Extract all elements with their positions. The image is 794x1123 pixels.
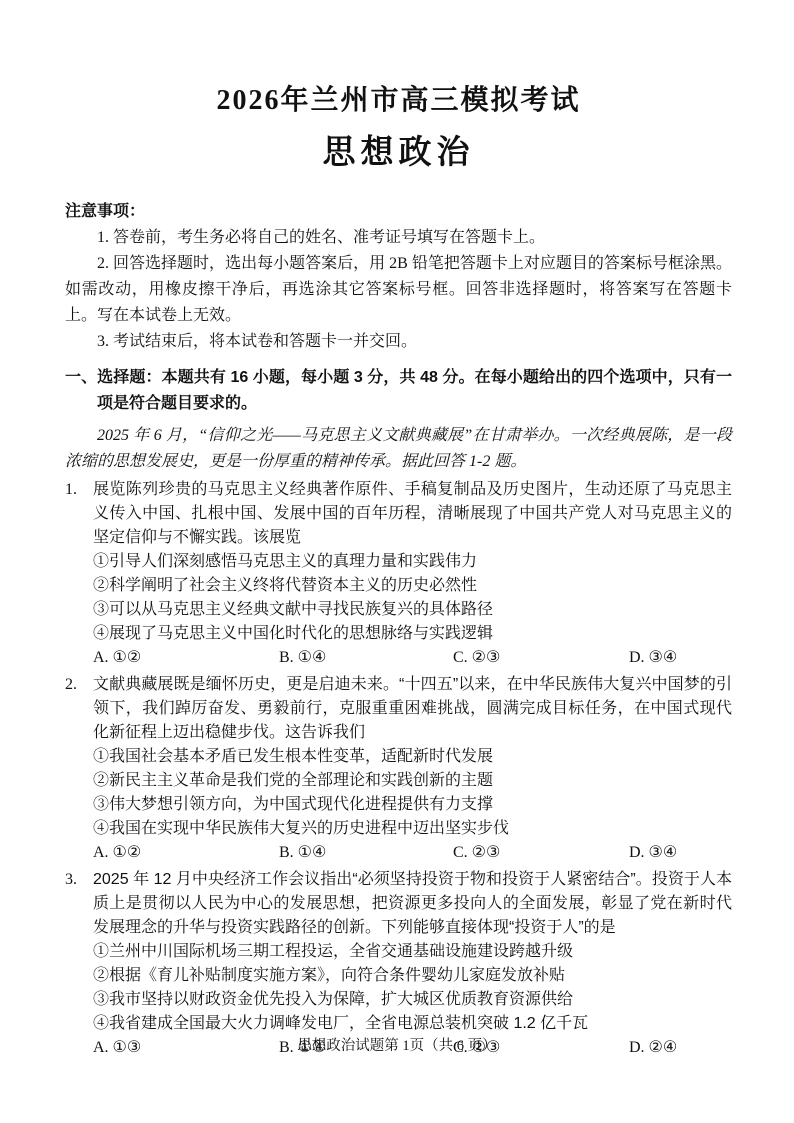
question-2-item-3: ③伟大梦想引领方向，为中国式现代化进程提供有力支撑 (93, 793, 732, 817)
section-one-heading: 一、选择题：本题共有 16 小题，每小题 3 分，共 48 分。在每小题给出的四… (65, 365, 732, 417)
passage-questions-1-2: 2025 年 6 月，“信仰之光——马克思主义文献典藏展”在甘肃举办。一次经典展… (65, 423, 732, 475)
question-2-item-1: ①我国社会基本矛盾已发生根本性变革，适配新时代发展 (93, 745, 732, 769)
notices-section: 注意事项： 1. 答卷前，考生务必将自己的姓名、准考证号填写在答题卡上。 2. … (65, 199, 732, 355)
question-1-option-b: B. ①④ (279, 646, 453, 670)
page-subtitle: 思想政治 (65, 126, 732, 173)
notice-item-3: 3. 考试结束后，将本试卷和答题卡一并交回。 (65, 329, 732, 355)
question-1-stem: 展览陈列珍贵的马克思主义经典著作原件、手稿复制品及历史图片，生动还原了马克思主义… (93, 478, 732, 550)
question-3-stem: 2025 年 12 月中央经济工作会议指出“必须坚持投资于物和投资于人紧密结合”… (93, 868, 732, 940)
notices-label: 注意事项： (65, 199, 732, 225)
question-2-option-b: B. ①④ (279, 841, 453, 865)
question-2-number: 2. (65, 673, 77, 697)
question-2-item-2: ②新民主主义革命是我们党的全部理论和实践创新的主题 (93, 769, 732, 793)
question-1-item-4: ④展现了马克思主义中国化时代化的思想脉络与实践逻辑 (93, 622, 732, 646)
question-2-option-a: A. ①② (93, 841, 279, 865)
page-footer: 思想政治试题第 1页（共 6 页） (0, 1034, 794, 1055)
question-3-number: 3. (65, 868, 77, 892)
question-2-option-c: C. ②③ (453, 841, 629, 865)
question-3-item-1: ①兰州中川国际机场三期工程投运，全省交通基础设施建设跨越升级 (93, 940, 732, 964)
question-1-item-2: ②科学阐明了社会主义终将代替资本主义的历史必然性 (93, 574, 732, 598)
exam-paper-page: 2026年兰州市高三模拟考试 思想政治 注意事项： 1. 答卷前，考生务必将自己… (0, 0, 794, 1123)
question-1-number: 1. (65, 478, 77, 502)
notice-item-2: 2. 回答选择题时，选出每小题答案后，用 2B 铅笔把答题卡上对应题目的答案标号… (65, 251, 732, 329)
question-2-stem: 文献典藏展既是缅怀历史，更是启迪未来。“十四五”以来，在中华民族伟大复兴中国梦的… (93, 673, 732, 745)
question-2-option-d: D. ③④ (629, 841, 732, 865)
question-2-item-4: ④我国在实现中华民族伟大复兴的历史进程中迈出坚实步伐 (93, 817, 732, 841)
question-3-item-3: ③我市坚持以财政资金优先投入为保障，扩大城区优质教育资源供给 (93, 988, 732, 1012)
question-3-item-2: ②根据《育儿补贴制度实施方案》，向符合条件婴幼儿家庭发放补贴 (93, 964, 732, 988)
question-3-item-4: ④我省建成全国最大火力调峰发电厂，全省电源总装机突破 1.2 亿千瓦 (93, 1012, 732, 1036)
question-3: 3. 2025 年 12 月中央经济工作会议指出“必须坚持投资于物和投资于人紧密… (65, 868, 732, 1060)
question-1-option-a: A. ①② (93, 646, 279, 670)
question-1-option-c: C. ②③ (453, 646, 629, 670)
question-2: 2. 文献典藏展既是缅怀历史，更是启迪未来。“十四五”以来，在中华民族伟大复兴中… (65, 673, 732, 865)
question-1: 1. 展览陈列珍贵的马克思主义经典著作原件、手稿复制品及历史图片，生动还原了马克… (65, 478, 732, 670)
question-1-option-d: D. ③④ (629, 646, 732, 670)
page-title: 2026年兰州市高三模拟考试 (65, 78, 732, 118)
question-1-item-1: ①引导人们深刻感悟马克思主义的真理力量和实践伟力 (93, 550, 732, 574)
question-2-options: A. ①② B. ①④ C. ②③ D. ③④ (93, 841, 732, 865)
question-1-item-3: ③可以从马克思主义经典文献中寻找民族复兴的具体路径 (93, 598, 732, 622)
notice-item-1: 1. 答卷前，考生务必将自己的姓名、准考证号填写在答题卡上。 (65, 225, 732, 251)
question-1-options: A. ①② B. ①④ C. ②③ D. ③④ (93, 646, 732, 670)
